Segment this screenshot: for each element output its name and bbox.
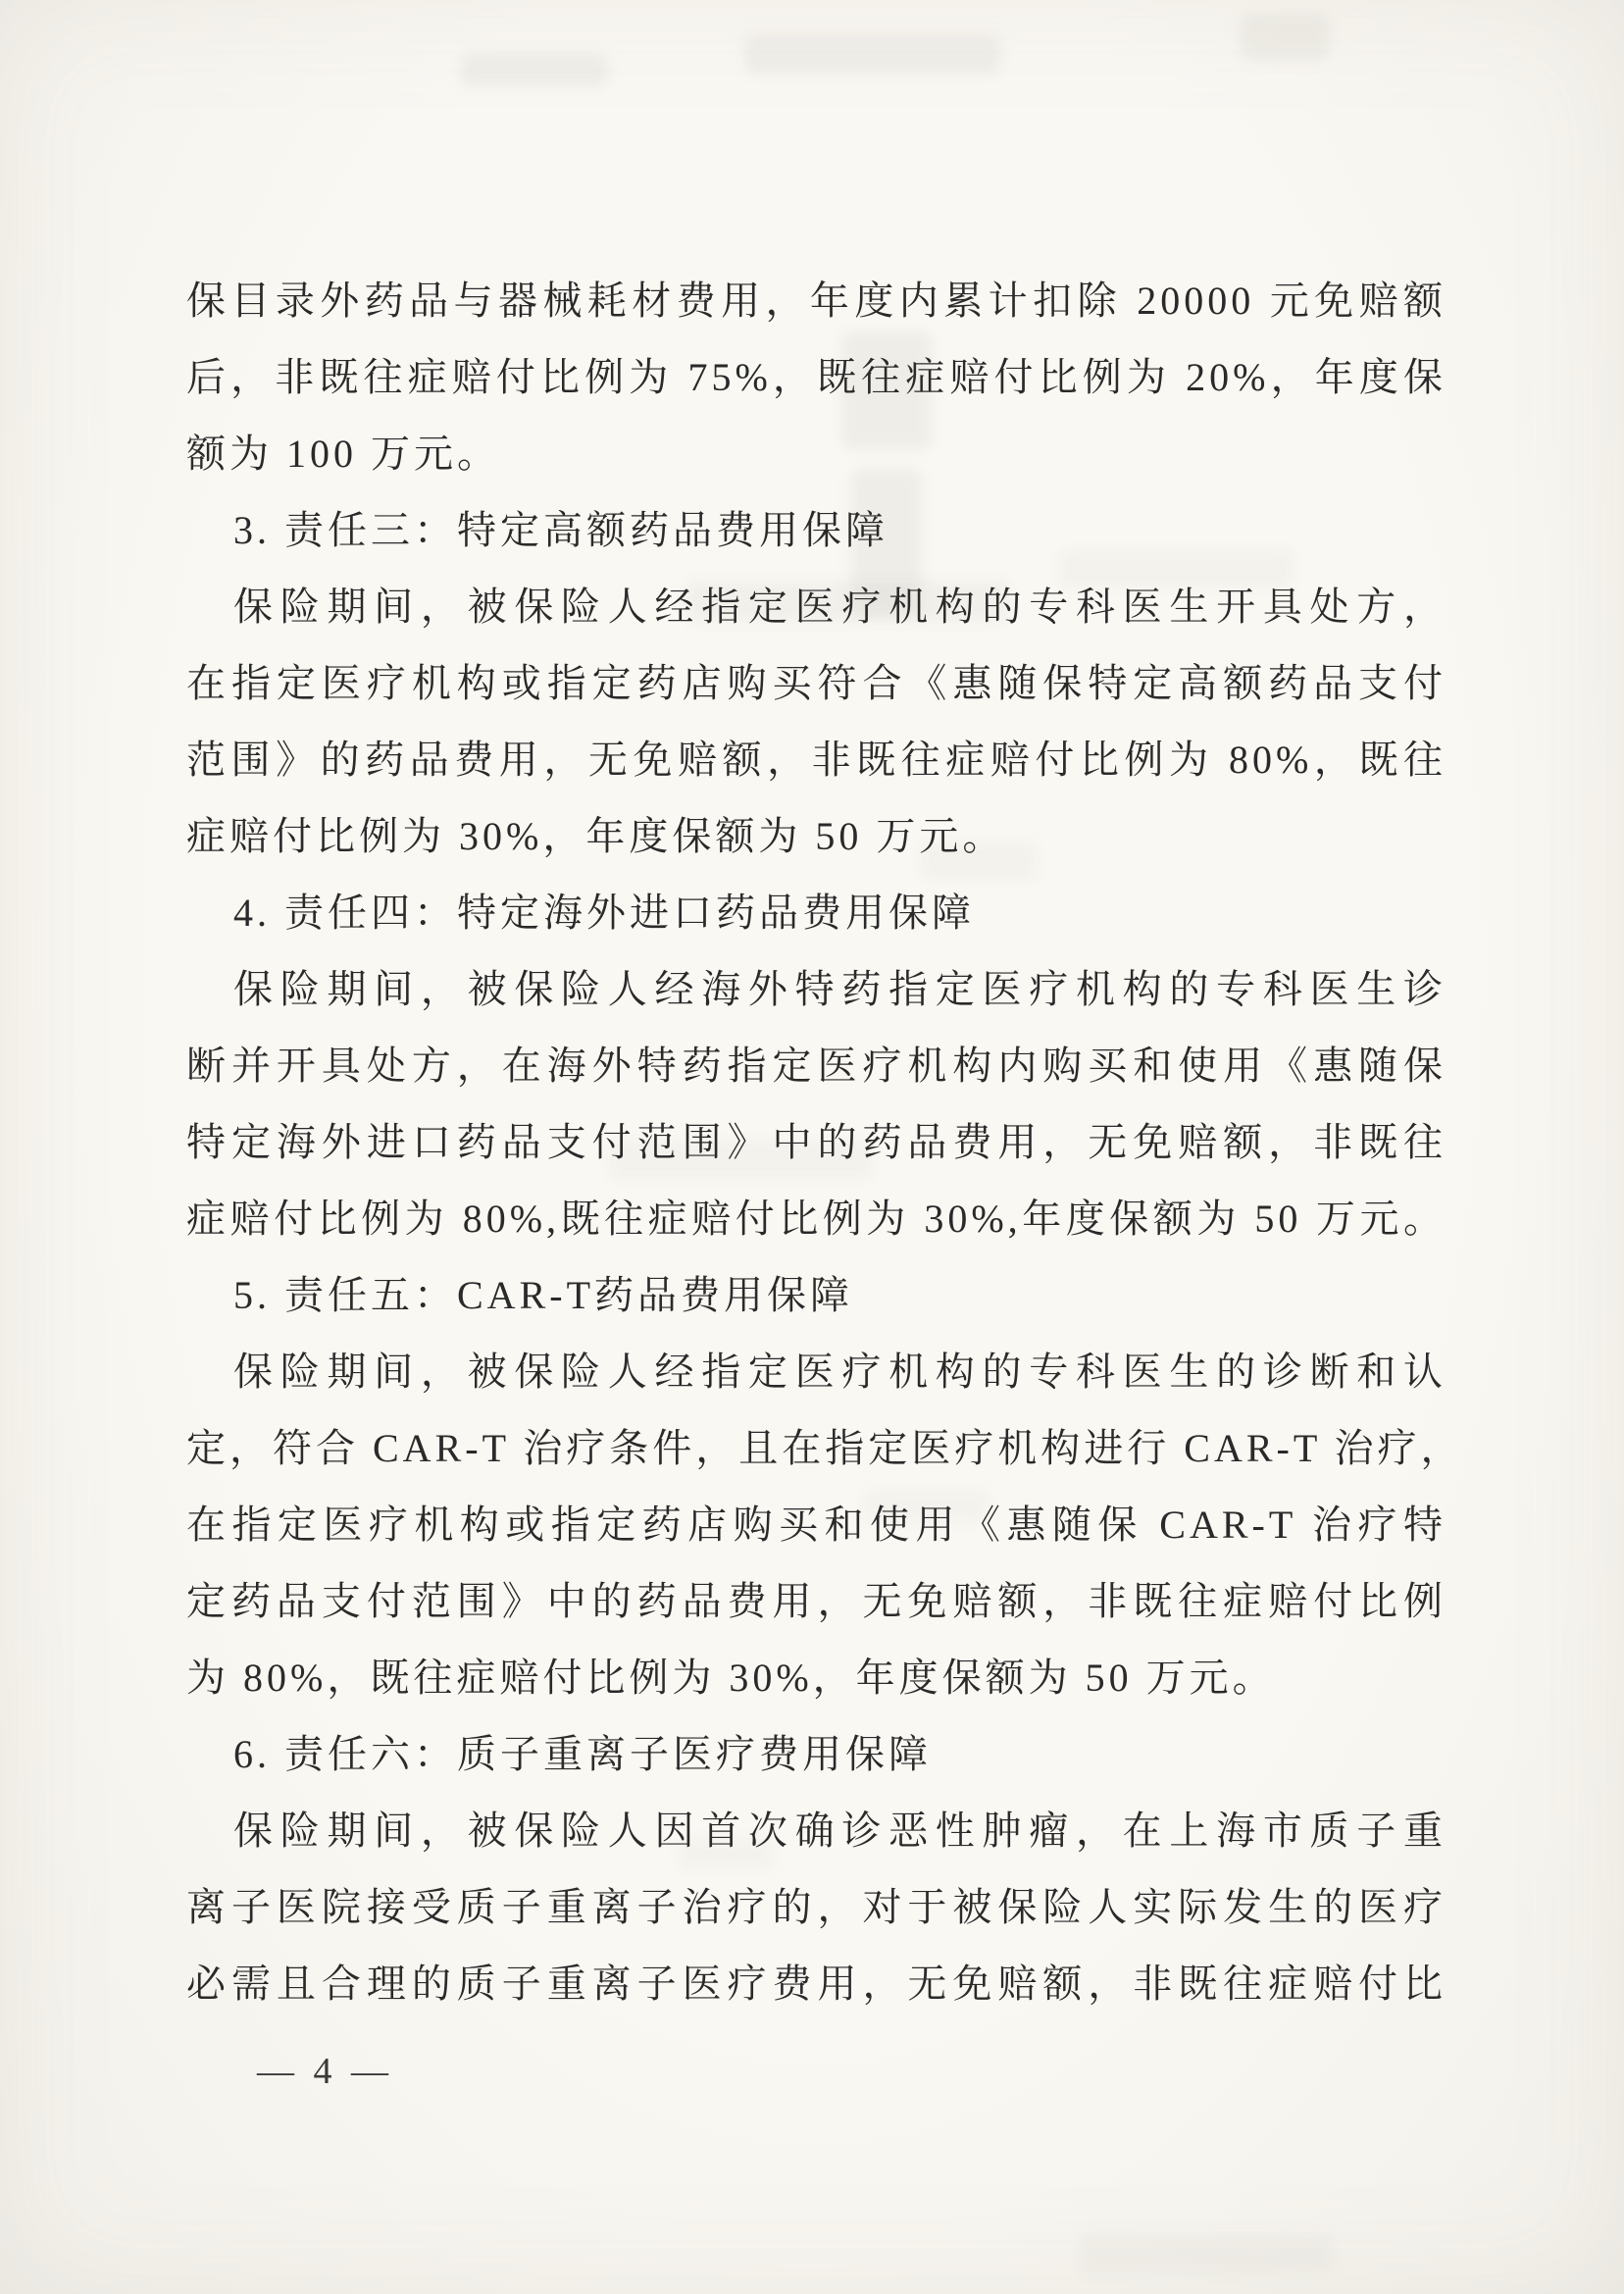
section-heading: 4. 责任四：特定海外进口药品费用保障 <box>186 875 1446 951</box>
text-line: 定药品支付范围》中的药品费用，无免赔额，非既往症赔付比例 <box>186 1563 1446 1640</box>
text-line: 断并开具处方，在海外特药指定医疗机构内购买和使用《惠随保 <box>186 1028 1446 1104</box>
text-line: 为 80%，既往症赔付比例为 30%，年度保额为 50 万元。 <box>186 1640 1446 1716</box>
text-line: 保目录外药品与器械耗材费用，年度内累计扣除 20000 元免赔额 <box>186 263 1446 339</box>
text-line: 后，非既往症赔付比例为 75%，既往症赔付比例为 20%，年度保 <box>186 339 1446 416</box>
section-heading: 3. 责任三：特定高额药品费用保障 <box>186 492 1446 569</box>
text-line: 离子医院接受质子重离子治疗的，对于被保险人实际发生的医疗 <box>186 1869 1446 1946</box>
scanned-document-page: 保目录外药品与器械耗材费用，年度内累计扣除 20000 元免赔额后，非既往症赔付… <box>0 0 1624 2294</box>
text-line: 保险期间，被保险人因首次确诊恶性肿瘤，在上海市质子重 <box>186 1793 1446 1869</box>
text-line: 在指定医疗机构或指定药店购买符合《惠随保特定高额药品支付 <box>186 645 1446 722</box>
text-line: 额为 100 万元。 <box>186 416 1446 492</box>
text-line: 症赔付比例为 80%,既往症赔付比例为 30%,年度保额为 50 万元。 <box>186 1181 1446 1257</box>
text-line: 特定海外进口药品支付范围》中的药品费用，无免赔额，非既往 <box>186 1104 1446 1181</box>
bleed-through-artifact <box>461 54 608 87</box>
document-body: 保目录外药品与器械耗材费用，年度内累计扣除 20000 元免赔额后，非既往症赔付… <box>186 263 1446 2022</box>
bleed-through-artifact <box>745 34 1000 74</box>
text-line: 在指定医疗机构或指定药店购买和使用《惠随保 CAR-T 治疗特 <box>186 1487 1446 1563</box>
text-line: 症赔付比例为 30%，年度保额为 50 万元。 <box>186 798 1446 875</box>
bleed-through-artifact <box>1241 15 1329 60</box>
text-line: 必需且合理的质子重离子医疗费用，无免赔额，非既往症赔付比 <box>186 1946 1446 2022</box>
text-line: 保险期间，被保险人经指定医疗机构的专科医生的诊断和认 <box>186 1334 1446 1410</box>
section-heading: 5. 责任五：CAR-T药品费用保障 <box>186 1257 1446 1334</box>
page-number: — 4 — <box>257 2050 393 2093</box>
section-heading: 6. 责任六：质子重离子医疗费用保障 <box>186 1716 1446 1793</box>
text-line: 保险期间，被保险人经海外特药指定医疗机构的专科医生诊 <box>186 951 1446 1028</box>
text-line: 保险期间，被保险人经指定医疗机构的专科医生开具处方， <box>186 569 1446 645</box>
text-line: 范围》的药品费用，无免赔额，非既往症赔付比例为 80%，既往 <box>186 722 1446 798</box>
text-line: 定，符合 CAR-T 治疗条件，且在指定医疗机构进行 CAR-T 治疗， <box>186 1410 1446 1487</box>
bleed-through-artifact <box>1079 2234 1334 2273</box>
